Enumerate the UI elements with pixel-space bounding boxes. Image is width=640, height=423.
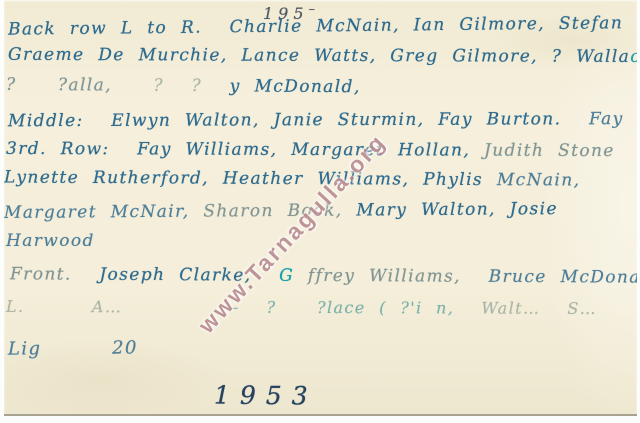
handwriting-segment: y McDonald,	[202, 76, 361, 97]
handwritten-line: 3rd. Row: Fay Williams, Margaret Hollan,…	[6, 139, 615, 161]
handwritten-line: Margaret McNair, Sharon Bock, Mary Walto…	[4, 199, 558, 223]
handwriting-segment: Judith Stone	[470, 141, 615, 162]
scan-edge-left	[0, 0, 4, 423]
handwriting-segment: L. A…	[6, 297, 122, 316]
handwritten-line: Lynette Rutherford, Heather Williams, Ph…	[4, 167, 581, 190]
handwriting-segment: ? ?alla,	[6, 75, 112, 96]
handwritten-line: Graeme De Murchie, Lance Watts, Greg Gil…	[8, 45, 640, 68]
handwriting-segment: ?lace ( ?'i n,	[317, 298, 454, 317]
handwriting-segment: Front.	[10, 264, 72, 284]
top-number-mark: –	[309, 2, 321, 17]
handwriting-segment: ? ?	[112, 76, 202, 97]
handwriting-segment: Mary Walton, Josie	[342, 199, 557, 221]
scan-edge-bottom	[0, 418, 640, 423]
handwriting-segment: ffrey Williams,	[294, 266, 461, 287]
handwriting-segment: McNain,	[483, 170, 580, 191]
handwritten-line: Front. Joseph Clarke, G ffrey Williams, …	[10, 264, 640, 287]
handwriting-segment: Lynette Rutherford, Heather Williams, Ph…	[4, 167, 483, 190]
handwriting-segment: Margaret McNair,	[4, 202, 190, 223]
bottom-year: 1953	[214, 381, 318, 411]
handwritten-line: ? ?alla, ? ? y McDonald,	[6, 75, 361, 97]
handwriting-segment: 20	[41, 337, 138, 359]
handwriting-segment: Middle: Elwyn Walton, Janie Sturmin, Fay…	[8, 109, 562, 131]
handwriting-segment: 3rd. Row: Fay Williams, Margaret Hollan,	[6, 139, 470, 161]
handwritten-line: Lig 20	[8, 337, 138, 359]
handwriting-segment: Joseph Clarke,	[72, 265, 252, 286]
handwriting-segment: Harwood	[6, 231, 95, 251]
handwritten-line: L. A… – ? ?lace ( ?'i n, Walt… S… .!	[6, 297, 640, 318]
handwritten-line: Harwood	[6, 231, 95, 251]
photo-back-scan: 195– Back row L to R. Charlie McNain, Ia…	[0, 0, 640, 423]
handwritten-line: Middle: Elwyn Walton, Janie Sturmin, Fay…	[8, 109, 640, 131]
handwriting-segment: Graeme De Murchie, Lance Watts, Greg Gil…	[8, 45, 630, 67]
handwriting-segment: Walt… S… .!	[454, 298, 640, 318]
handwriting-segment: Fay McNain	[561, 109, 640, 130]
handwriting-segment: Bruce McDonald	[461, 267, 640, 288]
handwriting-segment: Lig	[8, 338, 42, 359]
